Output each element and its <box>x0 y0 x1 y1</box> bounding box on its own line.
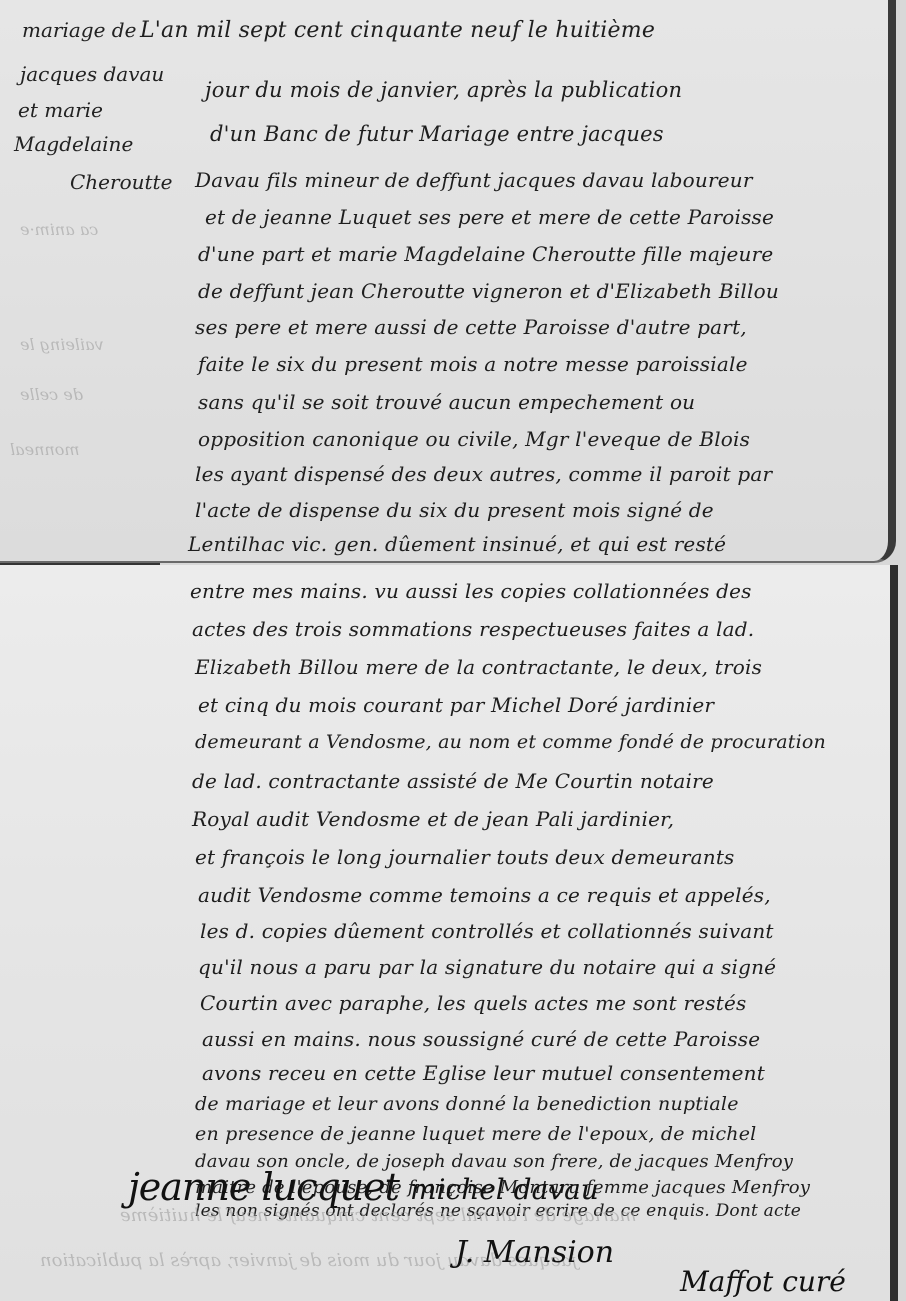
record-line: les ayant dispensé des deux autres, comm… <box>195 462 772 486</box>
record-line: faite le six du present mois a notre mes… <box>198 352 748 376</box>
record-line: entre mes mains. vu aussi les copies col… <box>190 579 752 603</box>
signature-michel-davau: michel davau <box>410 1173 599 1206</box>
record-line: avons receu en cette Eglise leur mutuel … <box>202 1061 765 1085</box>
record-line: l'acte de dispense du six du present moi… <box>195 498 714 522</box>
signature-j-mansion: J. Mansion <box>455 1235 614 1270</box>
record-line: qu'il nous a paru par la signature du no… <box>198 955 776 979</box>
record-line: Royal audit Vendosme et de jean Pali jar… <box>192 807 674 831</box>
record-line: les d. copies dûement controllés et coll… <box>200 919 774 943</box>
signature-cure: Maffot curé <box>680 1265 846 1298</box>
record-line: Davau fils mineur de deffunt jacques dav… <box>195 168 753 192</box>
record-line: aussi en mains. nous soussigné curé de c… <box>202 1027 760 1051</box>
record-line: demeurant a Vendosme, au nom et comme fo… <box>195 731 826 753</box>
record-line: de lad. contractante assisté de Me Court… <box>192 769 714 793</box>
record-line: jour du mois de janvier, après la public… <box>205 78 682 102</box>
top-page-fragment: ca anim·e vaileing le de celle monneal m… <box>0 0 896 563</box>
record-line: Elizabeth Billou mere de la contractante… <box>195 655 762 679</box>
record-line: sans qu'il se soit trouvé aucun empechem… <box>198 390 695 414</box>
margin-note-line: et marie <box>18 98 103 122</box>
record-line: L'an mil sept cent cinquante neuf le hui… <box>140 18 655 43</box>
margin-note-line: jacques davau <box>20 62 164 86</box>
record-line: et françois le long journalier touts deu… <box>195 845 735 869</box>
record-line: ses pere et mere aussi de cette Paroisse… <box>195 315 747 339</box>
signature-jeanne-lucquet: jeanne lucquet <box>128 1165 399 1209</box>
record-line: Courtin avec paraphe, les quels actes me… <box>200 991 746 1015</box>
bleed-through-text: ca anim·e <box>20 220 98 239</box>
record-line: audit Vendosme comme temoins a ce requis… <box>198 883 771 907</box>
bleed-through-text: de celle <box>20 385 83 404</box>
record-line: de deffunt jean Cheroutte vigneron et d'… <box>198 279 779 303</box>
margin-note-line: Magdelaine <box>14 132 133 156</box>
record-line: de mariage et leur avons donné la benedi… <box>195 1093 739 1115</box>
margin-note-line: Cheroutte <box>70 170 172 194</box>
record-line: opposition canonique ou civile, Mgr l'ev… <box>198 427 750 451</box>
bleed-through-text: vaileing le <box>20 335 104 354</box>
margin-note-line: mariage de <box>22 18 136 42</box>
record-line: et cinq du mois courant par Michel Doré … <box>198 693 714 717</box>
record-line: d'un Banc de futur Mariage entre jacques <box>210 122 664 146</box>
record-line: Lentilhac vic. gen. dûement insinué, et … <box>188 532 726 556</box>
record-line: d'une part et marie Magdelaine Cheroutte… <box>198 242 773 266</box>
bleed-through-text: monneal <box>10 440 80 459</box>
record-line: actes des trois sommations respectueuses… <box>192 617 754 641</box>
record-line: et de jeanne Luquet ses pere et mere de … <box>205 205 774 229</box>
bottom-page-fragment: entre mes mains. vu aussi les copies col… <box>0 565 898 1301</box>
record-line: en presence de jeanne luquet mere de l'e… <box>195 1123 756 1145</box>
